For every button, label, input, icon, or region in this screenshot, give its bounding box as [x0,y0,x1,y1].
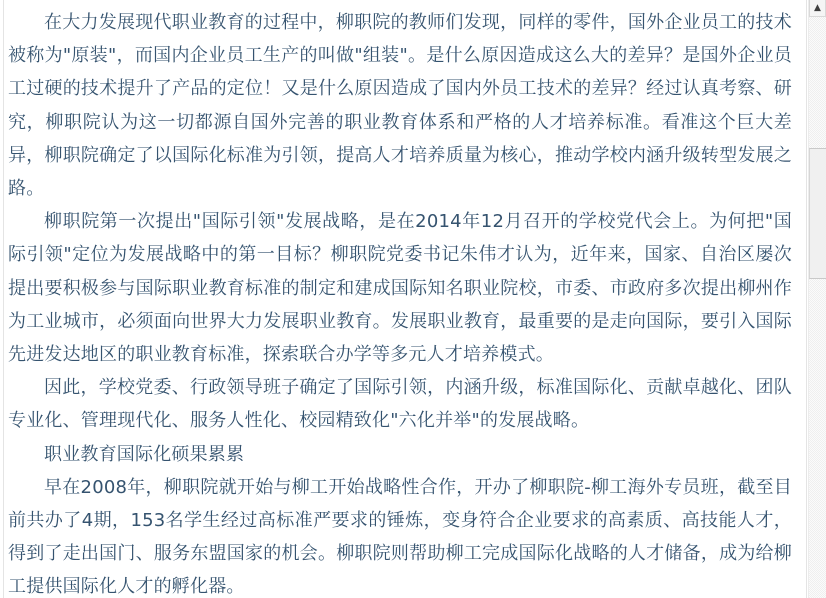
article-paragraph: 柳职院第一次提出"国际引领"发展战略，是在2014年12月召开的学校党代会上。为… [8,205,792,371]
up-arrow-icon: ▲ [814,4,821,13]
scrollbar-thumb[interactable] [809,148,826,279]
scroll-up-button[interactable]: ▲ [809,0,826,17]
article-body: 在大力发展现代职业教育的过程中，柳职院的教师们发现，同样的零件，国外企业员工的技… [3,0,807,598]
article-paragraph: 早在2008年，柳职院就开始与柳工开始战略性合作，开办了柳职院-柳工海外专员班，… [8,471,792,598]
article-paragraph: 因此，学校党委、行政领导班子确定了国际引领，内涵升级，标准国际化、贡献卓越化、团… [8,371,792,437]
article-subheading: 职业教育国际化硕果累累 [8,438,792,471]
article-page: 在大力发展现代职业教育的过程中，柳职院的教师们发现，同样的零件，国外企业员工的技… [0,0,826,598]
article-paragraph: 在大力发展现代职业教育的过程中，柳职院的教师们发现，同样的零件，国外企业员工的技… [8,6,792,205]
scrollbar[interactable]: ▲ [808,0,826,598]
